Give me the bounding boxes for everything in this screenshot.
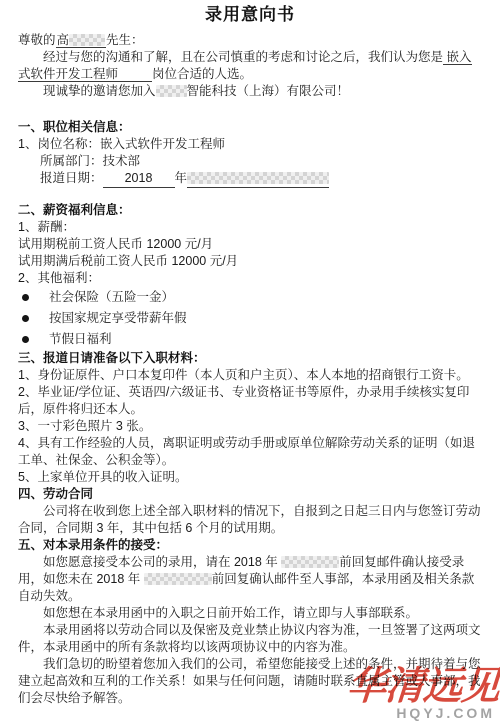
- department-value: 技术部: [103, 154, 141, 168]
- material-item-5: 5、上家单位开具的收入证明。: [18, 469, 482, 486]
- recipient-surname: 高: [57, 33, 70, 47]
- invitation-line: 现诚挚的邀请您加入智能科技（上海）有限公司！: [18, 83, 482, 100]
- intro-post-text: 岗位合适的人选。: [152, 67, 252, 81]
- material-item-2: 2、毕业证/学位证、英语四/六级证书、专业资格证书等原件，办录用手续核实复印后，…: [18, 384, 482, 418]
- bullet-icon: [22, 336, 29, 343]
- acceptance-paragraph: 如您愿意接受本公司的录用，请在 2018 年 前回复邮件确认接受录用，如您未在 …: [18, 554, 482, 605]
- offer-letter-document: 录用意向书 尊敬的高先生： 经过与您的沟通和了解，且在公司慎重的考虑和讨论之后，…: [0, 0, 500, 723]
- labor-contract-paragraph: 公司将在收到您上述全部入职材料的情况下，自报到之日起三日内与您签订劳动合同，合同…: [18, 503, 482, 537]
- early-start-paragraph: 如您想在本录用函中的入职之日前开始工作，请立即与人事部联系。: [18, 605, 482, 622]
- list-item: 节假日福利: [18, 329, 482, 350]
- start-date-label: 报道日期：: [40, 171, 103, 185]
- intro-text: 经过与您的沟通和了解，且在公司慎重的考虑和讨论之后，我们认为您是: [43, 50, 443, 64]
- position-name-part2: 开发工程师: [56, 67, 153, 82]
- redacted-recipient-name: [69, 34, 105, 46]
- material-item-4: 4、具有工作经验的人员，离职证明或劳动手册或原单位解除劳动关系的证明（如退工单、…: [18, 435, 482, 469]
- bullet-icon: [22, 315, 29, 322]
- job-title-line: 1、岗位名称：嵌入式软件开发工程师: [18, 136, 482, 153]
- department-line: 所属部门：技术部: [18, 153, 482, 170]
- section3-heading: 三、报道日请准备以下入职材料：: [18, 350, 482, 367]
- document-body: 录用意向书 尊敬的高先生： 经过与您的沟通和了解，且在公司慎重的考虑和讨论之后，…: [0, 0, 500, 707]
- section4-heading: 四、劳动合同: [18, 486, 482, 503]
- benefits-list: 社会保险（五险一金） 按国家规定享受带薪年假 节假日福利: [18, 287, 482, 350]
- list-item: 社会保险（五险一金）: [18, 287, 482, 308]
- redacted-start-date-wrap: [187, 170, 329, 188]
- salutation-suffix: 先生：: [106, 33, 144, 47]
- material-item-3: 3、一寸彩色照片 3 张。: [18, 418, 482, 435]
- redacted-start-date: [187, 172, 329, 184]
- section1-heading: 一、职位相关信息：: [18, 119, 482, 136]
- probation-salary-line: 试用期税前工资人民币 12000 元/月: [18, 236, 482, 253]
- closing-paragraph: 我们急切的盼望着您加入我们的公司，希望您能接受上述的条件，并期待着与您建立起高效…: [18, 656, 482, 707]
- page-title: 录用意向书: [18, 6, 482, 23]
- list-item: 按国家规定享受带薪年假: [18, 308, 482, 329]
- start-date-year: 2018: [103, 170, 175, 188]
- intro-paragraph: 经过与您的沟通和了解，且在公司慎重的考虑和讨论之后，我们认为您是 嵌入式软件开发…: [18, 49, 482, 83]
- material-item-1: 1、身份证原件、户口本复印件（本人页和户主页）、本人本地的招商银行工资卡。: [18, 367, 482, 384]
- redacted-reply-deadline-1: [281, 556, 339, 568]
- section5-heading: 五、对本录用条件的接受：: [18, 537, 482, 554]
- start-date-line: 报道日期：2018年: [18, 170, 482, 188]
- recipient-name: 高: [56, 33, 107, 48]
- job-title-value: 嵌入式软件开发工程师: [100, 137, 225, 151]
- post-probation-salary-line: 试用期满后税前工资人民币 12000 元/月: [18, 253, 482, 270]
- department-label: 所属部门：: [40, 154, 103, 168]
- agreement-priority-paragraph: 本录用函将以劳动合同以及保密及竞业禁止协议内容为准，一旦签署了这两项文件，本录用…: [18, 622, 482, 656]
- year-unit: 年: [175, 171, 188, 185]
- invite-text: 现诚挚的邀请您加入: [43, 84, 156, 98]
- redacted-company-name: [156, 85, 187, 97]
- job-title-label: 1、岗位名称：: [18, 137, 100, 151]
- bullet-icon: [22, 294, 29, 301]
- watermark-domain-text: HQYJ.COM: [347, 706, 499, 720]
- salutation-line: 尊敬的高先生：: [18, 32, 482, 49]
- benefit-social-insurance: 社会保险（五险一金）: [49, 289, 174, 306]
- salutation-prefix: 尊敬的: [18, 33, 56, 47]
- company-suffix: 智能科技（上海）有限公司！: [187, 84, 350, 98]
- redacted-reply-deadline-2: [144, 573, 212, 585]
- benefit-holiday: 节假日福利: [49, 331, 112, 348]
- benefits-subheading: 2、其他福利：: [18, 270, 482, 287]
- section2-heading: 二、薪资福利信息：: [18, 202, 482, 219]
- salary-subheading: 1、薪酬：: [18, 219, 482, 236]
- benefit-paid-leave: 按国家规定享受带薪年假: [49, 310, 187, 327]
- acceptance-text-pre: 如您愿意接受本公司的录用，请在 2018 年: [43, 555, 281, 569]
